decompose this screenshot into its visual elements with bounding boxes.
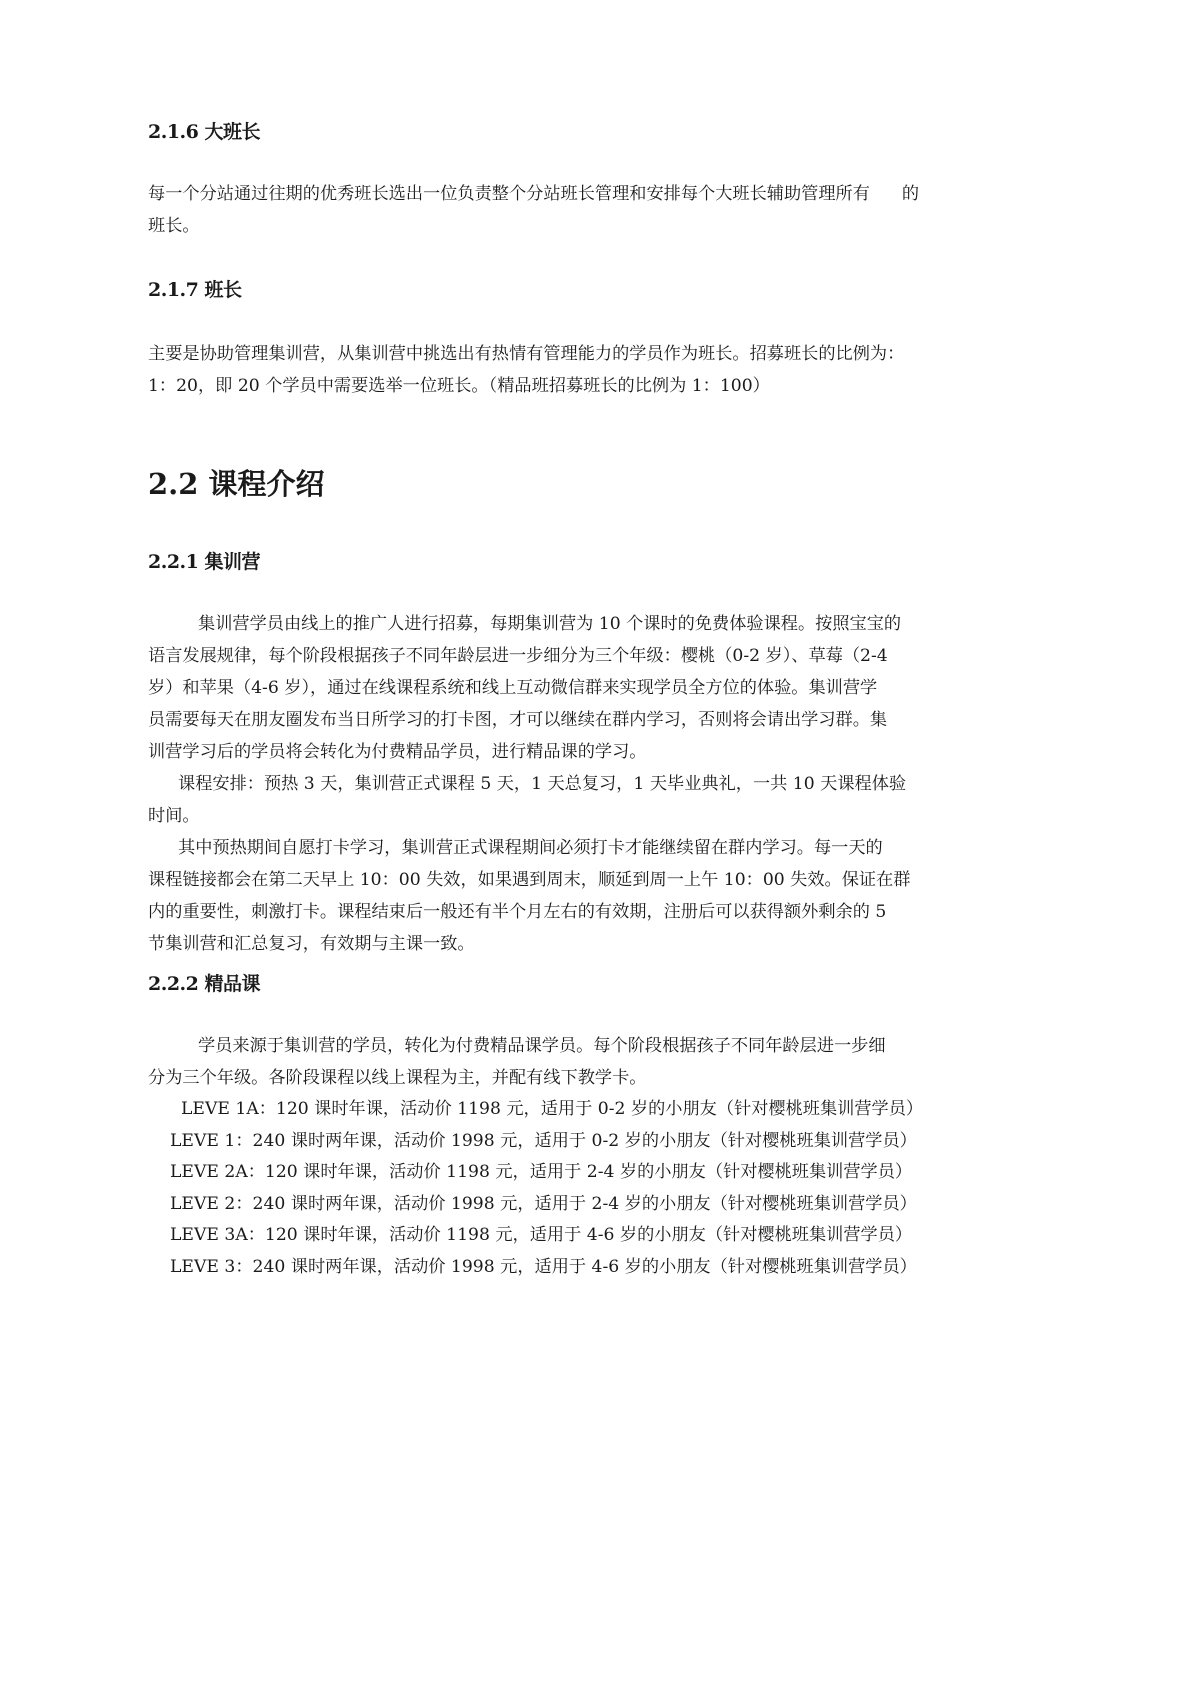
course-item: LEVE 1：240 课时两年课，活动价 1998 元，适用于 0-2 岁的小朋… (148, 1126, 1068, 1158)
text-line: 主要是协助管理集训营，从集训营中挑选出有热情有管理能力的学员作为班长。招募班长的… (148, 338, 1068, 370)
text-line: 1：20，即 20 个学员中需要选举一位班长。（精品班招募班长的比例为 1：10… (148, 370, 1068, 402)
heading-2-1-6: 2.1.6 大班长 (148, 117, 260, 144)
paragraph-2-2-2-intro: 学员来源于集训营的学员，转化为付费精品课学员。每个阶段根据孩子不同年龄层进一步细… (148, 1030, 1068, 1094)
text-line: 课程链接都会在第二天早上 10：00 失效，如果遇到周末，顺延到周一上午 10：… (148, 864, 1068, 896)
heading-2-1-7: 2.1.7 班长 (148, 275, 242, 302)
text-line: 岁）和苹果（4-6 岁），通过在线课程系统和线上互动微信群来实现学员全方位的体验… (148, 672, 1068, 704)
text-line: 其中预热期间自愿打卡学习，集训营正式课程期间必须打卡才能继续留在群内学习。每一天… (148, 832, 1068, 864)
text-line: 内的重要性，刺激打卡。课程结束后一般还有半个月左右的有效期，注册后可以获得额外剩… (148, 896, 1068, 928)
text-line: 集训营学员由线上的推广人进行招募，每期集训营为 10 个课时的免费体验课程。按照… (148, 608, 1068, 640)
text-line: 课程安排：预热 3 天，集训营正式课程 5 天，1 天总复习，1 天毕业典礼，一… (148, 768, 1068, 800)
course-item: LEVE 2：240 课时两年课，活动价 1998 元，适用于 2-4 岁的小朋… (148, 1189, 1068, 1221)
text-line: 节集训营和汇总复习，有效期与主课一致。 (148, 928, 1068, 960)
course-item: LEVE 3：240 课时两年课，活动价 1998 元，适用于 4-6 岁的小朋… (148, 1252, 1068, 1284)
text-line: 语言发展规律，每个阶段根据孩子不同年龄层进一步细分为三个年级：樱桃（0-2 岁）… (148, 640, 1068, 672)
text-line: 训营学习后的学员将会转化为付费精品学员，进行精品课的学习。 (148, 736, 1068, 768)
text-line: 员需要每天在朋友圈发布当日所学习的打卡图，才可以继续在群内学习，否则将会请出学习… (148, 704, 1068, 736)
text-line: 班长。 (148, 210, 1068, 242)
paragraph-2-1-6: 每一个分站通过往期的优秀班长选出一位负责整个分站班长管理和安排每个大班长辅助管理… (148, 178, 1068, 242)
heading-2-2: 2.2 课程介绍 (148, 462, 325, 503)
text-fragment: 每一个分站通过往期的优秀班长选出一位负责整个分站班长管理和安排每个大班长辅助管理… (148, 184, 870, 204)
paragraph-2-1-7: 主要是协助管理集训营，从集训营中挑选出有热情有管理能力的学员作为班长。招募班长的… (148, 338, 1068, 402)
text-fragment: 的 (902, 184, 919, 204)
course-item: LEVE 3A：120 课时年课，活动价 1198 元，适用于 4-6 岁的小朋… (148, 1220, 1068, 1252)
text-line: 学员来源于集训营的学员，转化为付费精品课学员。每个阶段根据孩子不同年龄层进一步细 (148, 1030, 1068, 1062)
text-line: 时间。 (148, 800, 1068, 832)
text-line: 每一个分站通过往期的优秀班长选出一位负责整个分站班长管理和安排每个大班长辅助管理… (148, 178, 1068, 210)
heading-2-2-2: 2.2.2 精品课 (148, 969, 260, 996)
heading-2-2-1: 2.2.1 集训营 (148, 547, 260, 574)
text-line: 分为三个年级。各阶段课程以线上课程为主，并配有线下教学卡。 (148, 1062, 1068, 1094)
course-list: LEVE 1A：120 课时年课，活动价 1198 元，适用于 0-2 岁的小朋… (148, 1094, 1068, 1283)
paragraph-2-2-1-intro: 集训营学员由线上的推广人进行招募，每期集训营为 10 个课时的免费体验课程。按照… (148, 608, 1068, 960)
course-item: LEVE 1A：120 课时年课，活动价 1198 元，适用于 0-2 岁的小朋… (148, 1094, 1068, 1126)
course-item: LEVE 2A：120 课时年课，活动价 1198 元，适用于 2-4 岁的小朋… (148, 1157, 1068, 1189)
